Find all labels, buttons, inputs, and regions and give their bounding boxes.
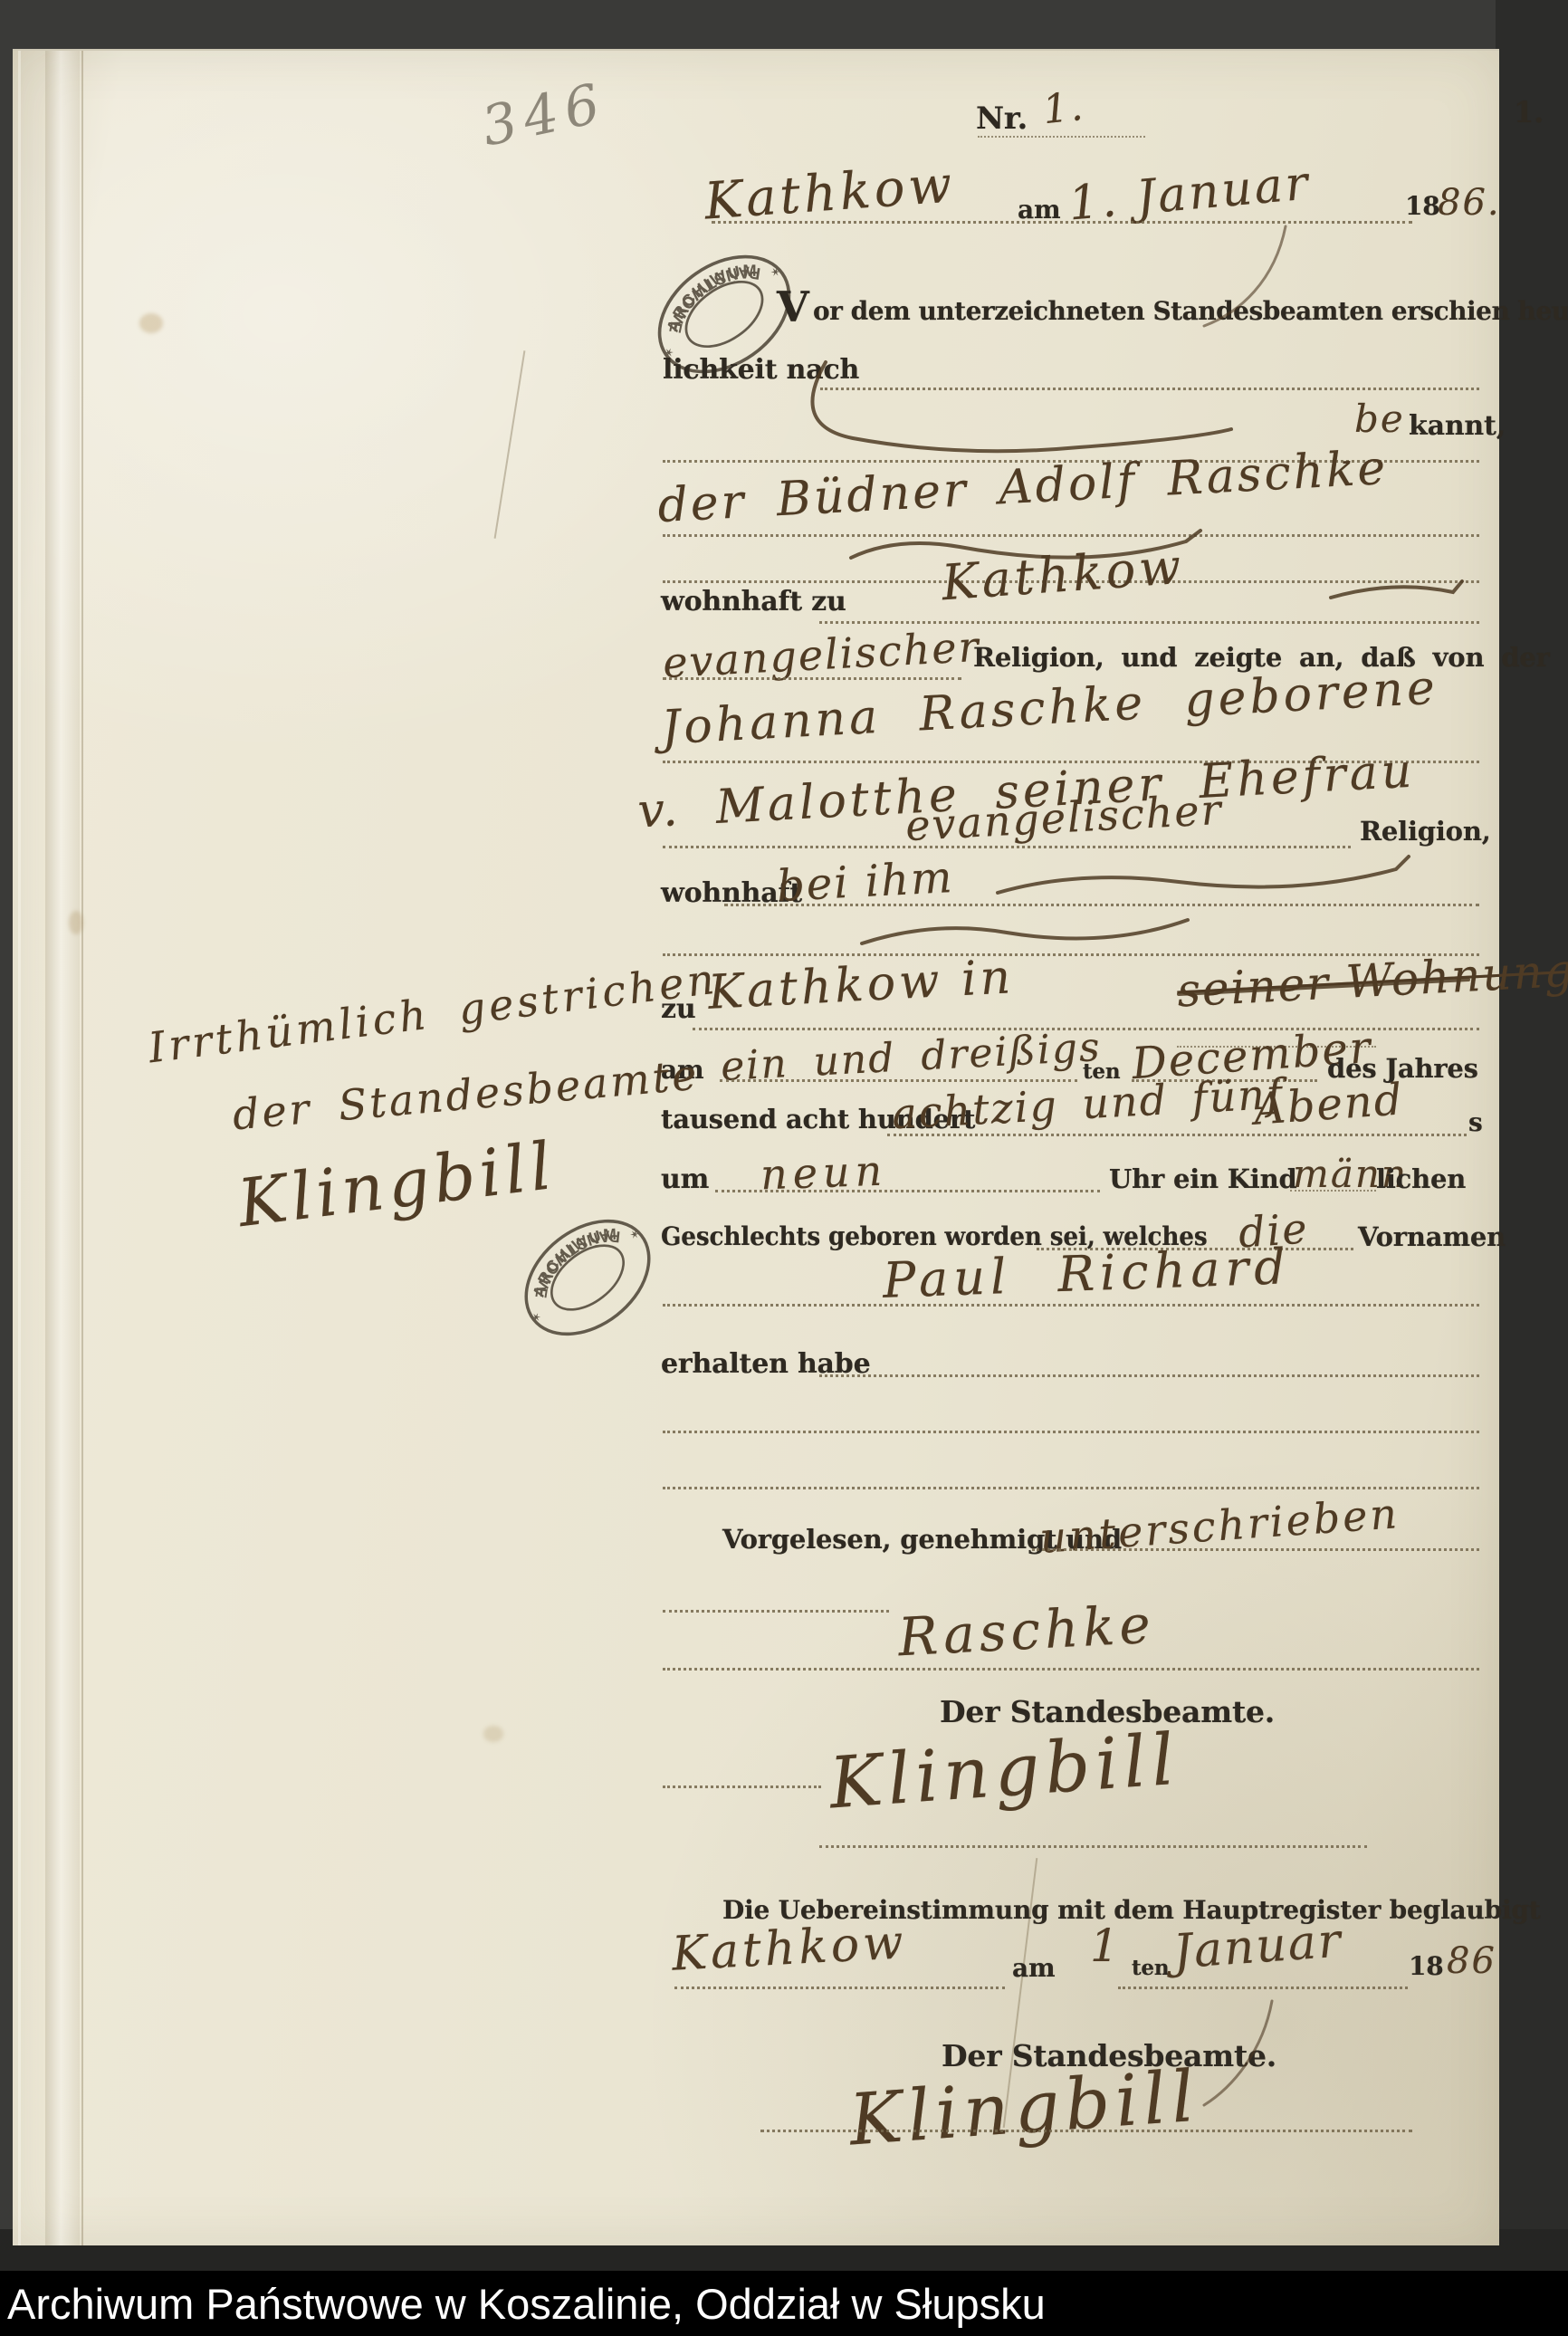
intro-line1: or dem unterzeichneten Standesbeamten er… <box>813 299 1568 324</box>
uhr-ein-kind-label: Uhr ein Kind <box>1109 1166 1297 1192</box>
dotted-line <box>663 1610 889 1613</box>
dotted-line <box>663 1431 1479 1433</box>
um-label: um <box>661 1166 709 1193</box>
dotted-line <box>663 677 961 680</box>
dotted-line <box>663 1668 1479 1671</box>
certification-ten: ten <box>1132 1958 1169 1978</box>
paper-scratch <box>494 350 526 539</box>
hour-hand: neun <box>760 1150 888 1196</box>
archive-caption-bar: Archiwum Państwowe w Koszalinie, Oddział… <box>0 2271 1568 2336</box>
scan-background-right <box>1496 0 1568 2336</box>
religion1-printed: Religion, und zeigte an, daß von der <box>973 645 1550 671</box>
dotted-line <box>1118 1987 1408 1989</box>
dotted-line <box>819 621 1479 624</box>
scanned-register-screenshot: { "archive_stamp": { "top": "ARCHIWUM", … <box>0 0 1568 2336</box>
dotted-line <box>887 1134 1467 1136</box>
certification-year-printed: 18 <box>1409 1954 1444 1979</box>
dotted-line <box>819 1845 1367 1848</box>
dotted-line <box>724 904 1479 906</box>
bekannt-printed: kannt, <box>1409 413 1506 440</box>
declarant-signature: Raschke <box>897 1598 1156 1664</box>
record-number-value: 1. <box>1041 87 1086 131</box>
wohnhaft-zu-label: wohnhaft zu <box>661 589 846 616</box>
certification-month: Januar <box>1171 1918 1343 1977</box>
dotted-line <box>663 1304 1479 1307</box>
dotted-line <box>720 1079 1077 1082</box>
dotted-line <box>663 1487 1479 1489</box>
intro-initial: V <box>777 286 809 328</box>
registrar-label: Der Standesbeamte. <box>940 1697 1275 1727</box>
dotted-line <box>819 1374 1479 1377</box>
religion2-printed: Religion, <box>1360 819 1491 845</box>
stamp-star-icon: ✶ <box>626 1226 643 1243</box>
bekannt-hand: be <box>1354 400 1405 438</box>
binding-fold-line <box>81 51 83 2245</box>
lichen-label: lichen <box>1376 1166 1466 1192</box>
page-edge-highlight <box>18 51 21 2245</box>
dotted-line <box>663 846 1351 848</box>
paper-stain <box>483 1726 503 1742</box>
s-suffix: s <box>1468 1110 1483 1135</box>
record-number-label: Nr. <box>976 103 1028 134</box>
dotted-line <box>674 1987 1005 1989</box>
dotted-line <box>663 1786 821 1788</box>
time-of-day-hand: Abend <box>1253 1077 1405 1131</box>
dateline-am-label: am <box>1018 197 1060 223</box>
dotted-line <box>715 1190 1100 1192</box>
paper-stain <box>139 313 163 333</box>
archive-caption-text: Archiwum Państwowe w Koszalinie, Oddział… <box>0 2279 1046 2329</box>
intro-line2: lichkeit nach <box>663 357 859 384</box>
vornamen-label: Vornamen <box>1358 1224 1506 1250</box>
dateline-year-written: 86. <box>1438 185 1501 221</box>
paper-stain <box>69 911 83 934</box>
certification-year-written: 86 <box>1447 1943 1496 1979</box>
stamp-star-icon: ✶ <box>768 263 784 281</box>
wohnhaft-hand: bei ihm <box>776 856 955 908</box>
dotted-line <box>712 221 1412 224</box>
dotted-line <box>760 2130 1412 2132</box>
certification-place: Kathkow <box>671 1919 908 1978</box>
dotted-line <box>978 136 1145 138</box>
dotted-line <box>663 534 1479 537</box>
dateline-year-printed: 18 <box>1405 194 1440 219</box>
dotted-line <box>1032 1548 1479 1551</box>
certification-day: 1 <box>1090 1923 1121 1968</box>
binding-fold <box>45 51 80 2245</box>
child-name: Paul Richard <box>882 1242 1291 1306</box>
page-number: 1. <box>1514 98 1544 127</box>
certification-am-label: am <box>1012 1956 1055 1981</box>
dotted-line <box>820 388 1479 390</box>
dotted-line <box>1290 1190 1376 1192</box>
